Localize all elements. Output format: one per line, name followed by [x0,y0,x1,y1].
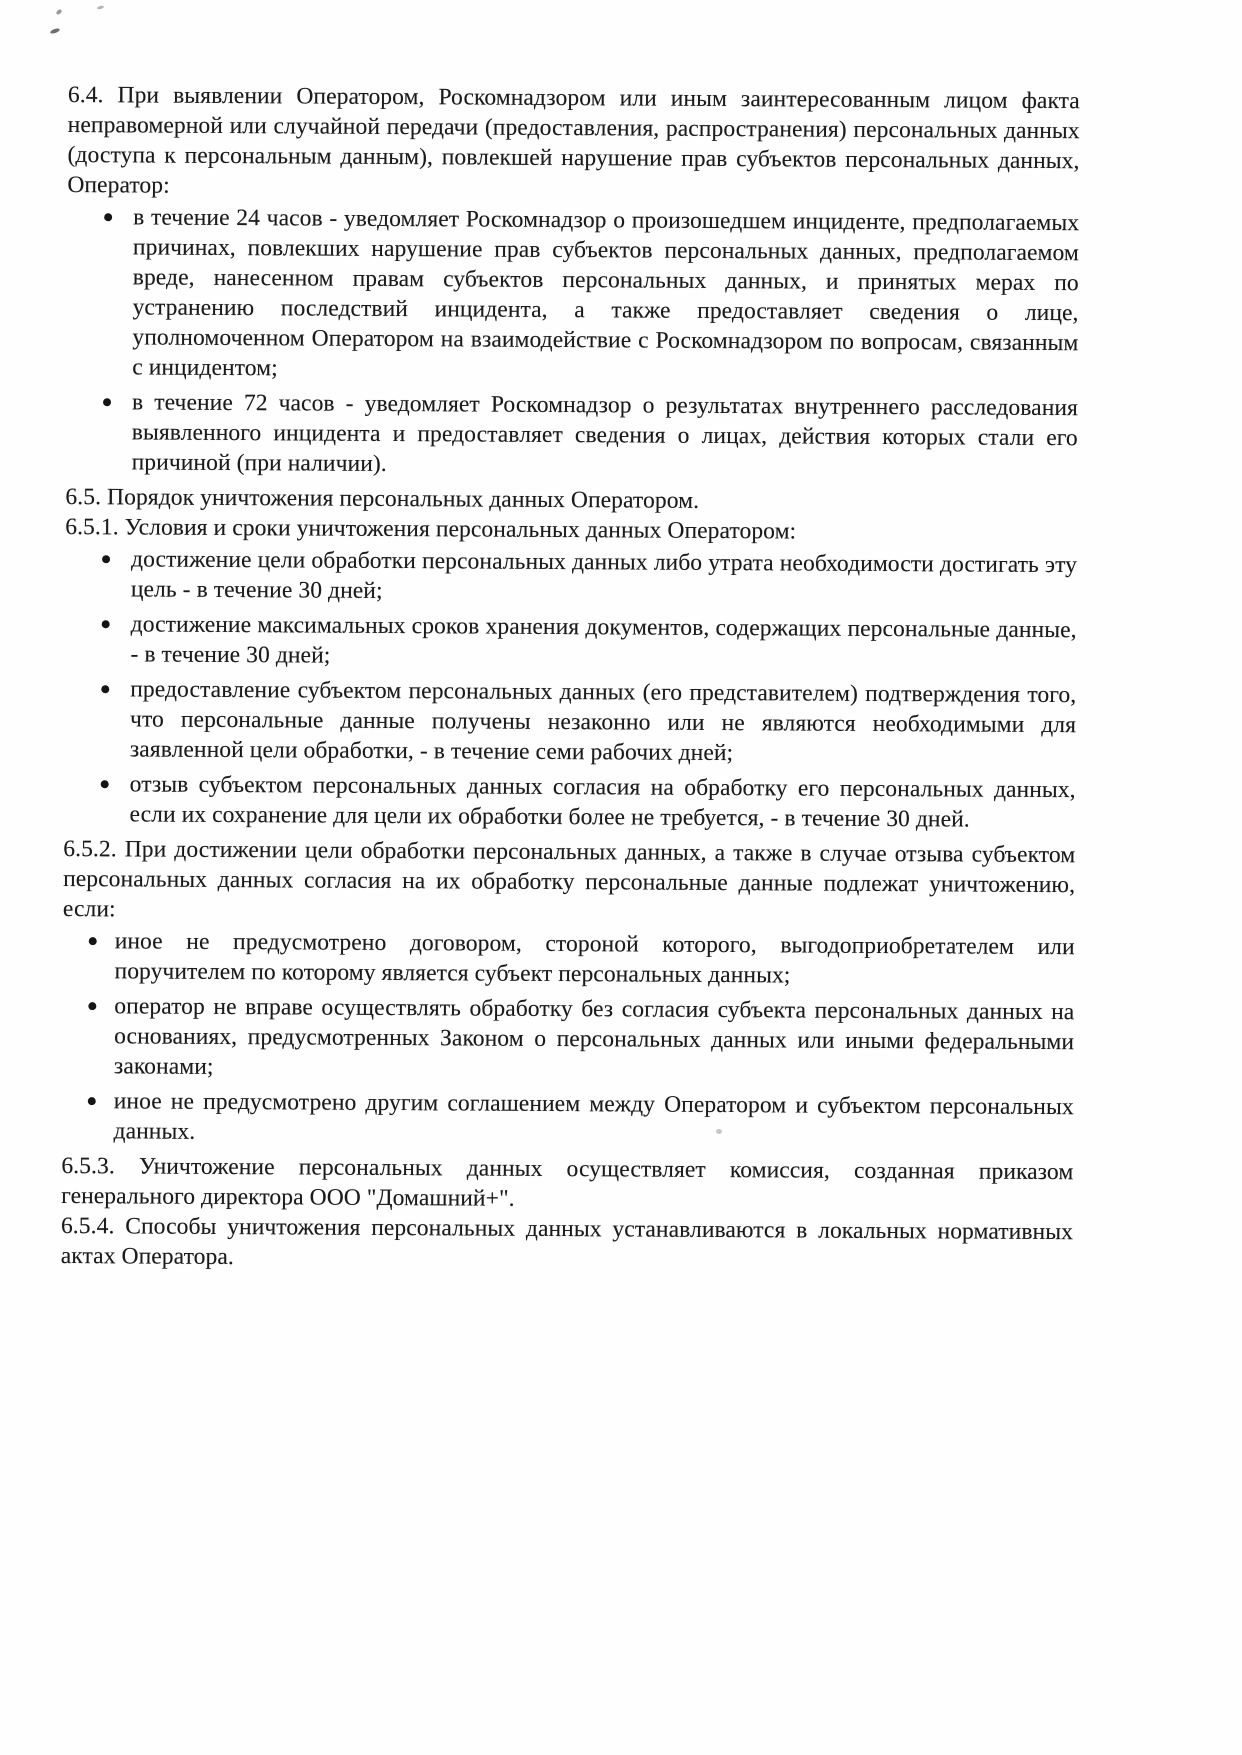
bullet-icon [101,780,109,788]
list-item-text: оператор не вправе осуществлять обработк… [114,991,1075,1087]
clause-6-4-paragraph: 6.4. При выявлении Оператором, Роскомнад… [67,80,1080,206]
destruction-terms-list: достижение цели обработки персональных д… [63,544,1077,835]
list-item: иное не предусмотрено другим соглашением… [61,1086,1073,1152]
bullet-icon [89,937,97,945]
destruction-conditions-list: иное не предусмотрено договором, стороно… [61,926,1074,1152]
list-item: предоставление субъектом персональных да… [64,674,1077,770]
document-body: 6.4. При выявлении Оператором, Роскомнад… [61,80,1080,1277]
bullet-icon [88,1002,96,1010]
clause-6-5-1-heading: 6.5.1. Условия и сроки уничтожения персо… [65,512,1077,548]
list-item-text: в течение 24 часов - уведомляет Роскомна… [132,202,1079,388]
list-item-text: достижение максимальных сроков хранения … [130,609,1076,675]
list-item: достижение максимальных сроков хранения … [64,609,1076,675]
scan-speck-icon [97,5,105,10]
list-item: в течение 72 часов - уведомляет Роскомна… [66,387,1079,483]
bullet-icon [104,213,112,221]
incident-actions-list: в течение 24 часов - уведомляет Роскомна… [66,202,1080,483]
bullet-icon [102,555,110,563]
list-item: оператор не вправе осуществлять обработк… [62,991,1075,1087]
clause-6-5-2-paragraph: 6.5.2. При достижении цели обработки пер… [63,834,1076,930]
bullet-icon [103,398,111,406]
list-item: достижение цели обработки персональных д… [65,544,1077,610]
scan-speck-icon [55,9,62,16]
list-item: иное не предусмотрено договором, стороно… [62,926,1074,992]
bullet-icon [102,620,110,628]
bullet-icon [101,685,109,693]
clause-6-5-3-paragraph: 6.5.3. Уничтожение персональных данных о… [61,1151,1073,1217]
bullet-icon [88,1097,96,1105]
list-item-text: достижение цели обработки персональных д… [131,544,1077,610]
clause-6-5-4-paragraph: 6.5.4. Способы уничтожения персональных … [61,1211,1073,1277]
scan-speck-icon [50,27,61,34]
list-item: в течение 24 часов - уведомляет Роскомна… [66,202,1079,388]
list-item-text: в течение 72 часов - уведомляет Роскомна… [132,387,1079,483]
list-item-text: предоставление субъектом персональных да… [130,674,1077,770]
list-item-text: иное не предусмотрено другим соглашением… [113,1086,1073,1152]
scanned-page: 6.4. При выявлении Оператором, Роскомнад… [0,0,1242,1755]
list-item: отзыв субъектом персональных данных согл… [63,769,1075,835]
list-item-text: отзыв субъектом персональных данных согл… [129,769,1075,835]
list-item-text: иное не предусмотрено договором, стороно… [114,926,1074,992]
